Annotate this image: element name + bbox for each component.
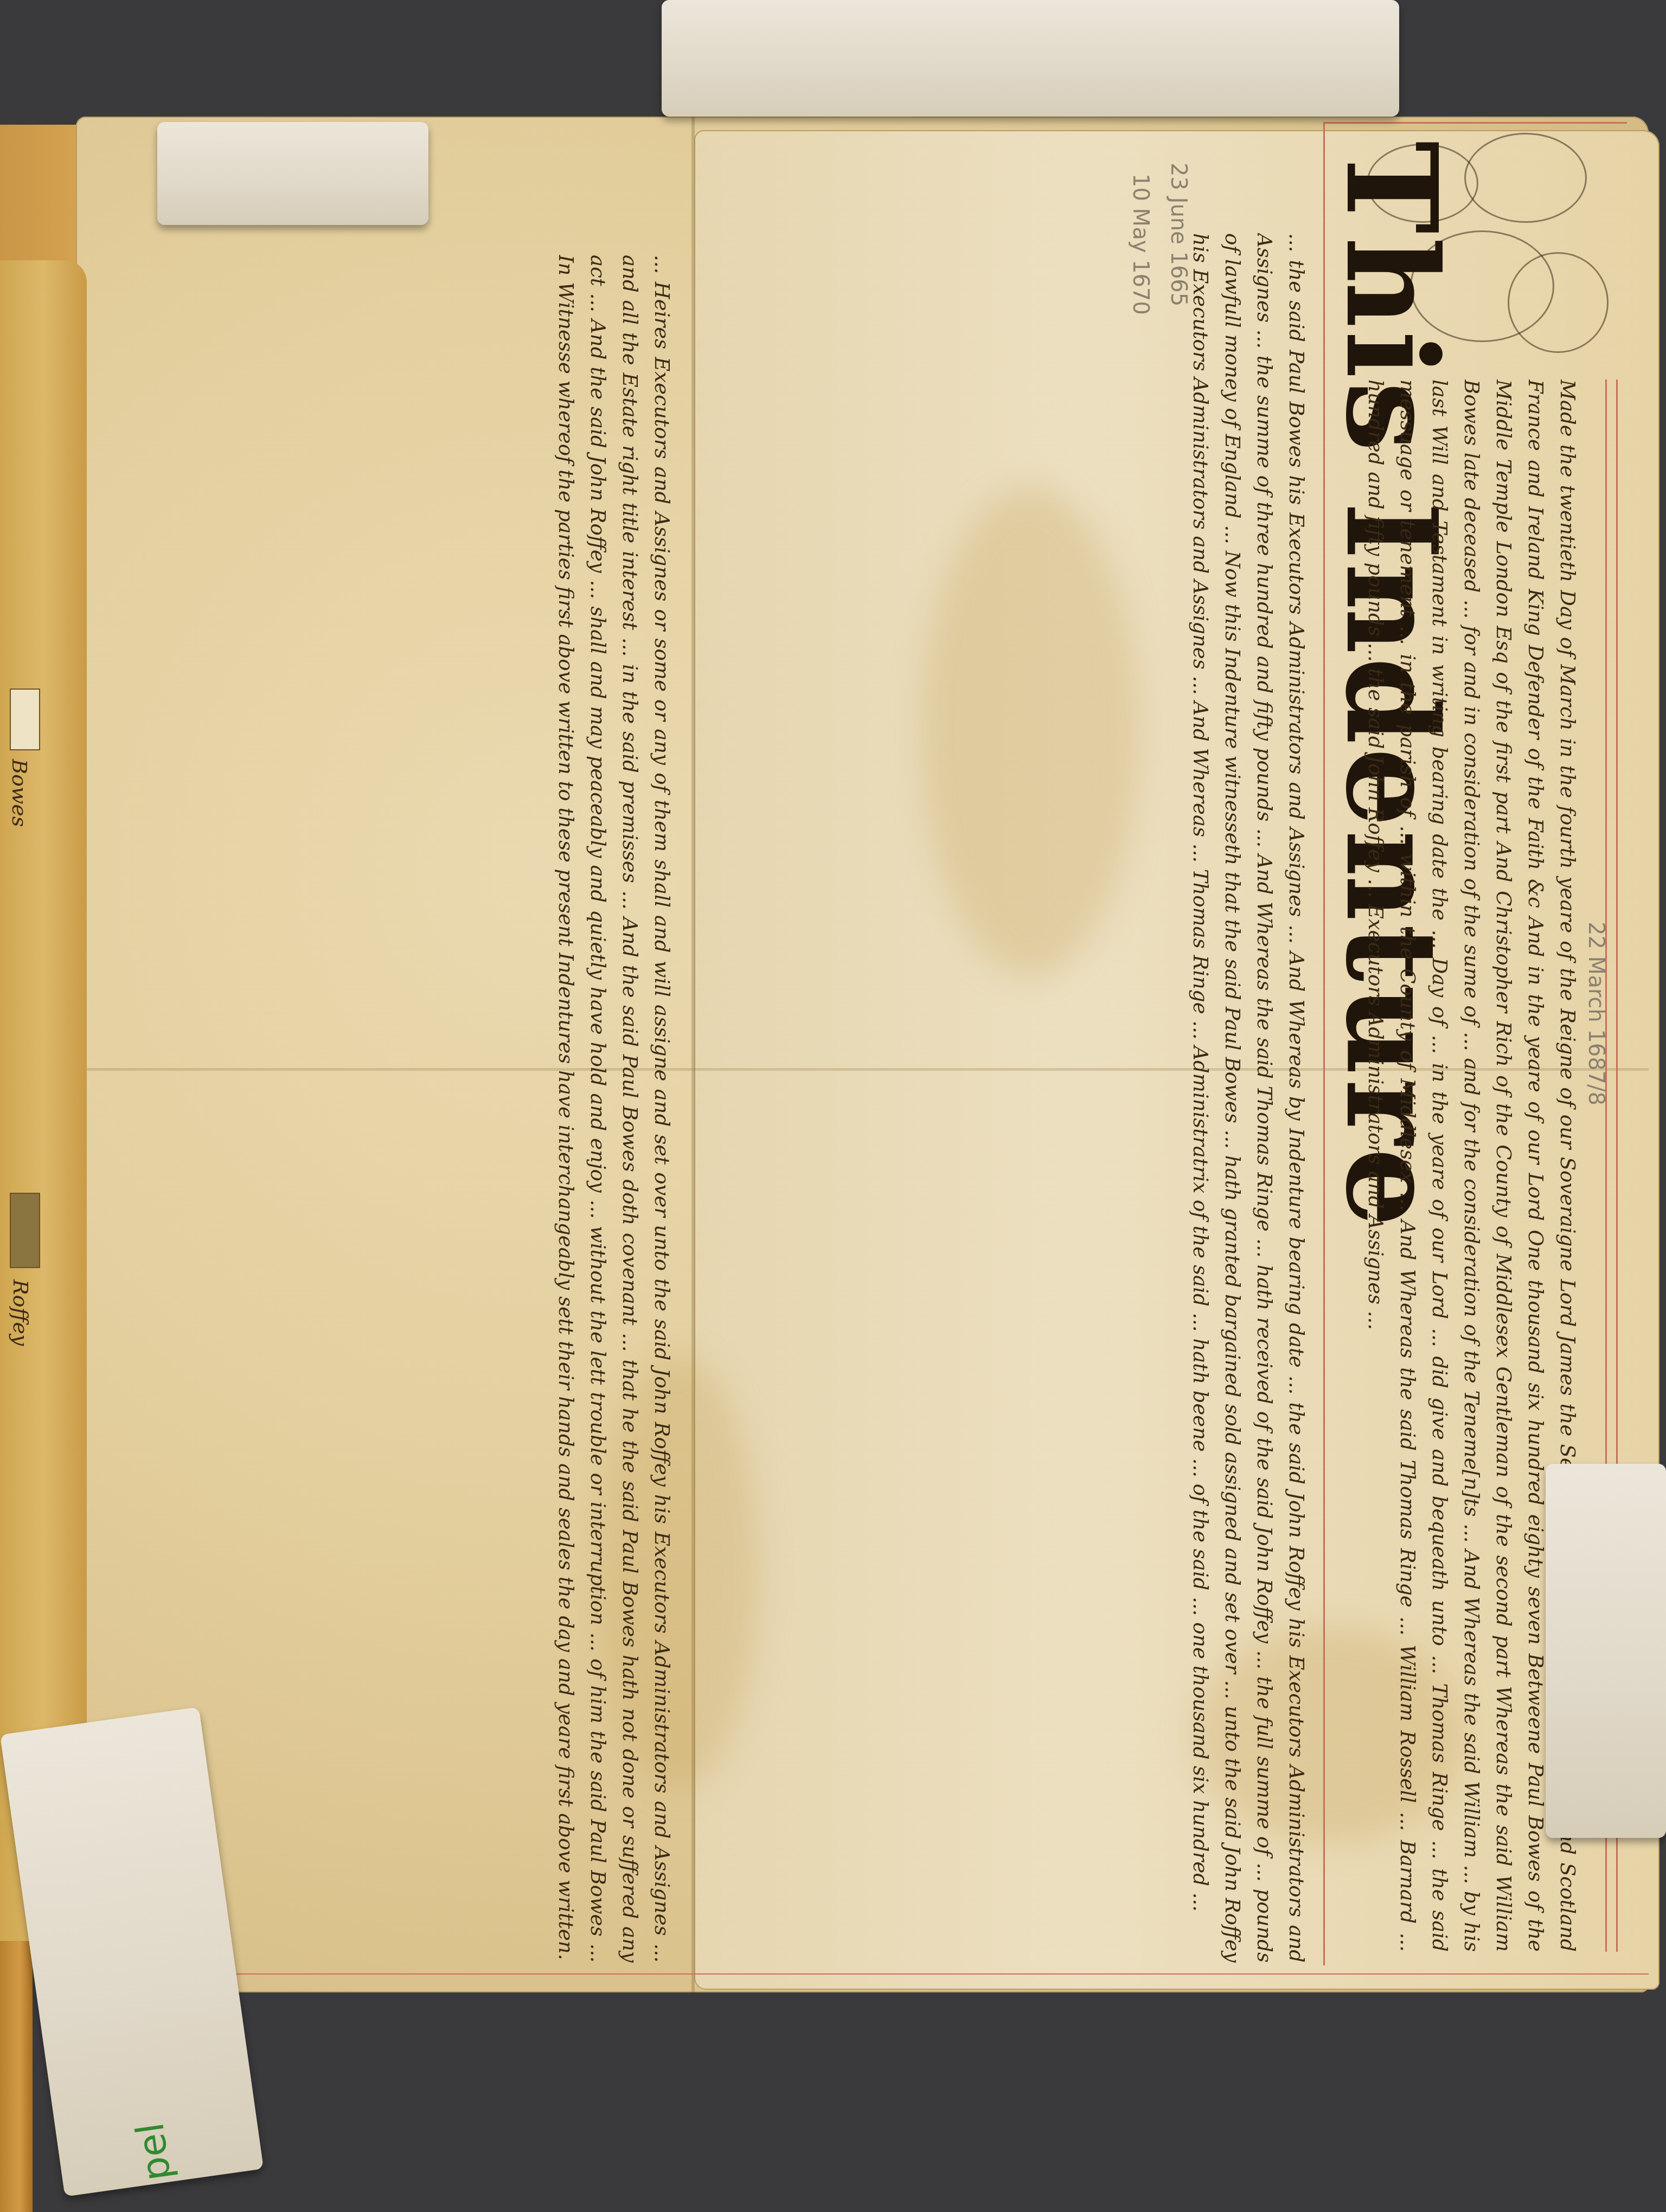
column-text: ... the said Paul Bowes his Executors Ad… [1189, 233, 1308, 1963]
pencil-note: 10 May 1670 [1128, 173, 1153, 315]
flourish-icon [1464, 133, 1587, 223]
flourish-icon [1508, 252, 1609, 353]
red-margin-rule [76, 1973, 1649, 1975]
seal-signature: Bowes [8, 759, 31, 827]
pencil-note: 23 June 1665 [1166, 163, 1191, 306]
text-column-middle: ... the said Paul Bowes his Executors Ad… [705, 233, 1312, 1963]
cloth-weight-top[interactable] [662, 0, 1399, 117]
pencil-note: 22 March 1687/8 [1584, 922, 1609, 1105]
cloth-weight-right[interactable] [1546, 1464, 1666, 1838]
column-text: ... Heires Executors and Assignes or som… [554, 255, 674, 1963]
seal-tag [10, 689, 40, 750]
plica-turnup [0, 260, 87, 1941]
seal-tag [10, 1193, 40, 1268]
cloth-weight-top-left[interactable] [157, 122, 428, 225]
weight-label: pel [127, 2120, 180, 2183]
text-column-left: ... Heires Executors and Assignes or som… [92, 255, 678, 1963]
seal-signature: Roffey [9, 1279, 33, 1346]
fold-line-vertical [691, 117, 695, 1992]
